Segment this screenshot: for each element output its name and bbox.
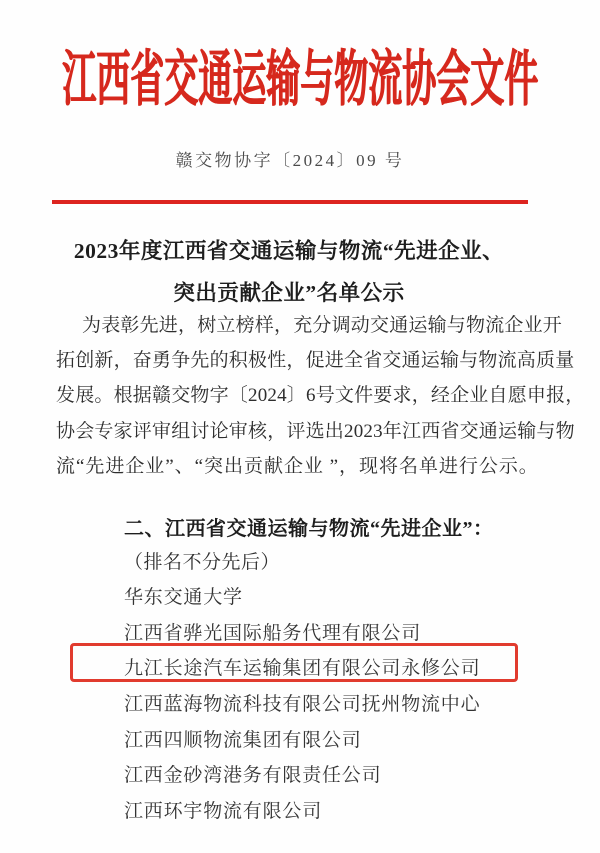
body-line: 协会专家评审组讨论审核，评选出2023年江西省交通运输与物 (56, 414, 538, 449)
official-document-page: 江西省交通运输与物流协会文件 赣交物协字〔2024〕09 号 2023年度江西省… (0, 0, 600, 853)
ranking-note: （排名不分先后） (124, 547, 280, 574)
list-item: 江西蓝海物流科技有限公司抚州物流中心 (124, 689, 480, 716)
body-paragraph: 为表彰先进，树立榜样，充分调动交通运输与物流企业开 拓创新，奋勇争先的积极性，促… (56, 308, 538, 484)
list-item: 江西环宇物流有限公司 (124, 796, 322, 823)
list-item: 江西省骅光国际船务代理有限公司 (124, 618, 421, 645)
list-item: 江西金砂湾港务有限责任公司 (124, 760, 381, 787)
body-line: 流“先进企业”、“突出贡献企业 ”，现将名单进行公示。 (56, 449, 538, 484)
list-item: 华东交通大学 (124, 582, 243, 609)
body-line: 发展。根据赣交物字〔2024〕6号文件要求，经企业自愿申报， (56, 378, 538, 413)
document-title-line1: 2023年度江西省交通运输与物流“先进企业、 (0, 230, 578, 272)
org-title: 江西省交通运输与物流协会文件 (62, 29, 538, 116)
highlight-box (70, 643, 518, 682)
letterhead: 江西省交通运输与物流协会文件 (0, 36, 600, 110)
body-line: 拓创新，奋勇争先的积极性，促进全省交通运输与物流高质量 (56, 343, 538, 378)
section-heading: 二、江西省交通运输与物流“先进企业”： (124, 512, 494, 541)
list-item: 江西四顺物流集团有限公司 (124, 725, 362, 752)
document-number: 赣交物协字〔2024〕09 号 (0, 146, 580, 171)
red-divider-line (52, 200, 528, 204)
document-title: 2023年度江西省交通运输与物流“先进企业、 突出贡献企业”名单公示 (0, 230, 578, 314)
body-line: 为表彰先进，树立榜样，充分调动交通运输与物流企业开 (56, 308, 538, 343)
